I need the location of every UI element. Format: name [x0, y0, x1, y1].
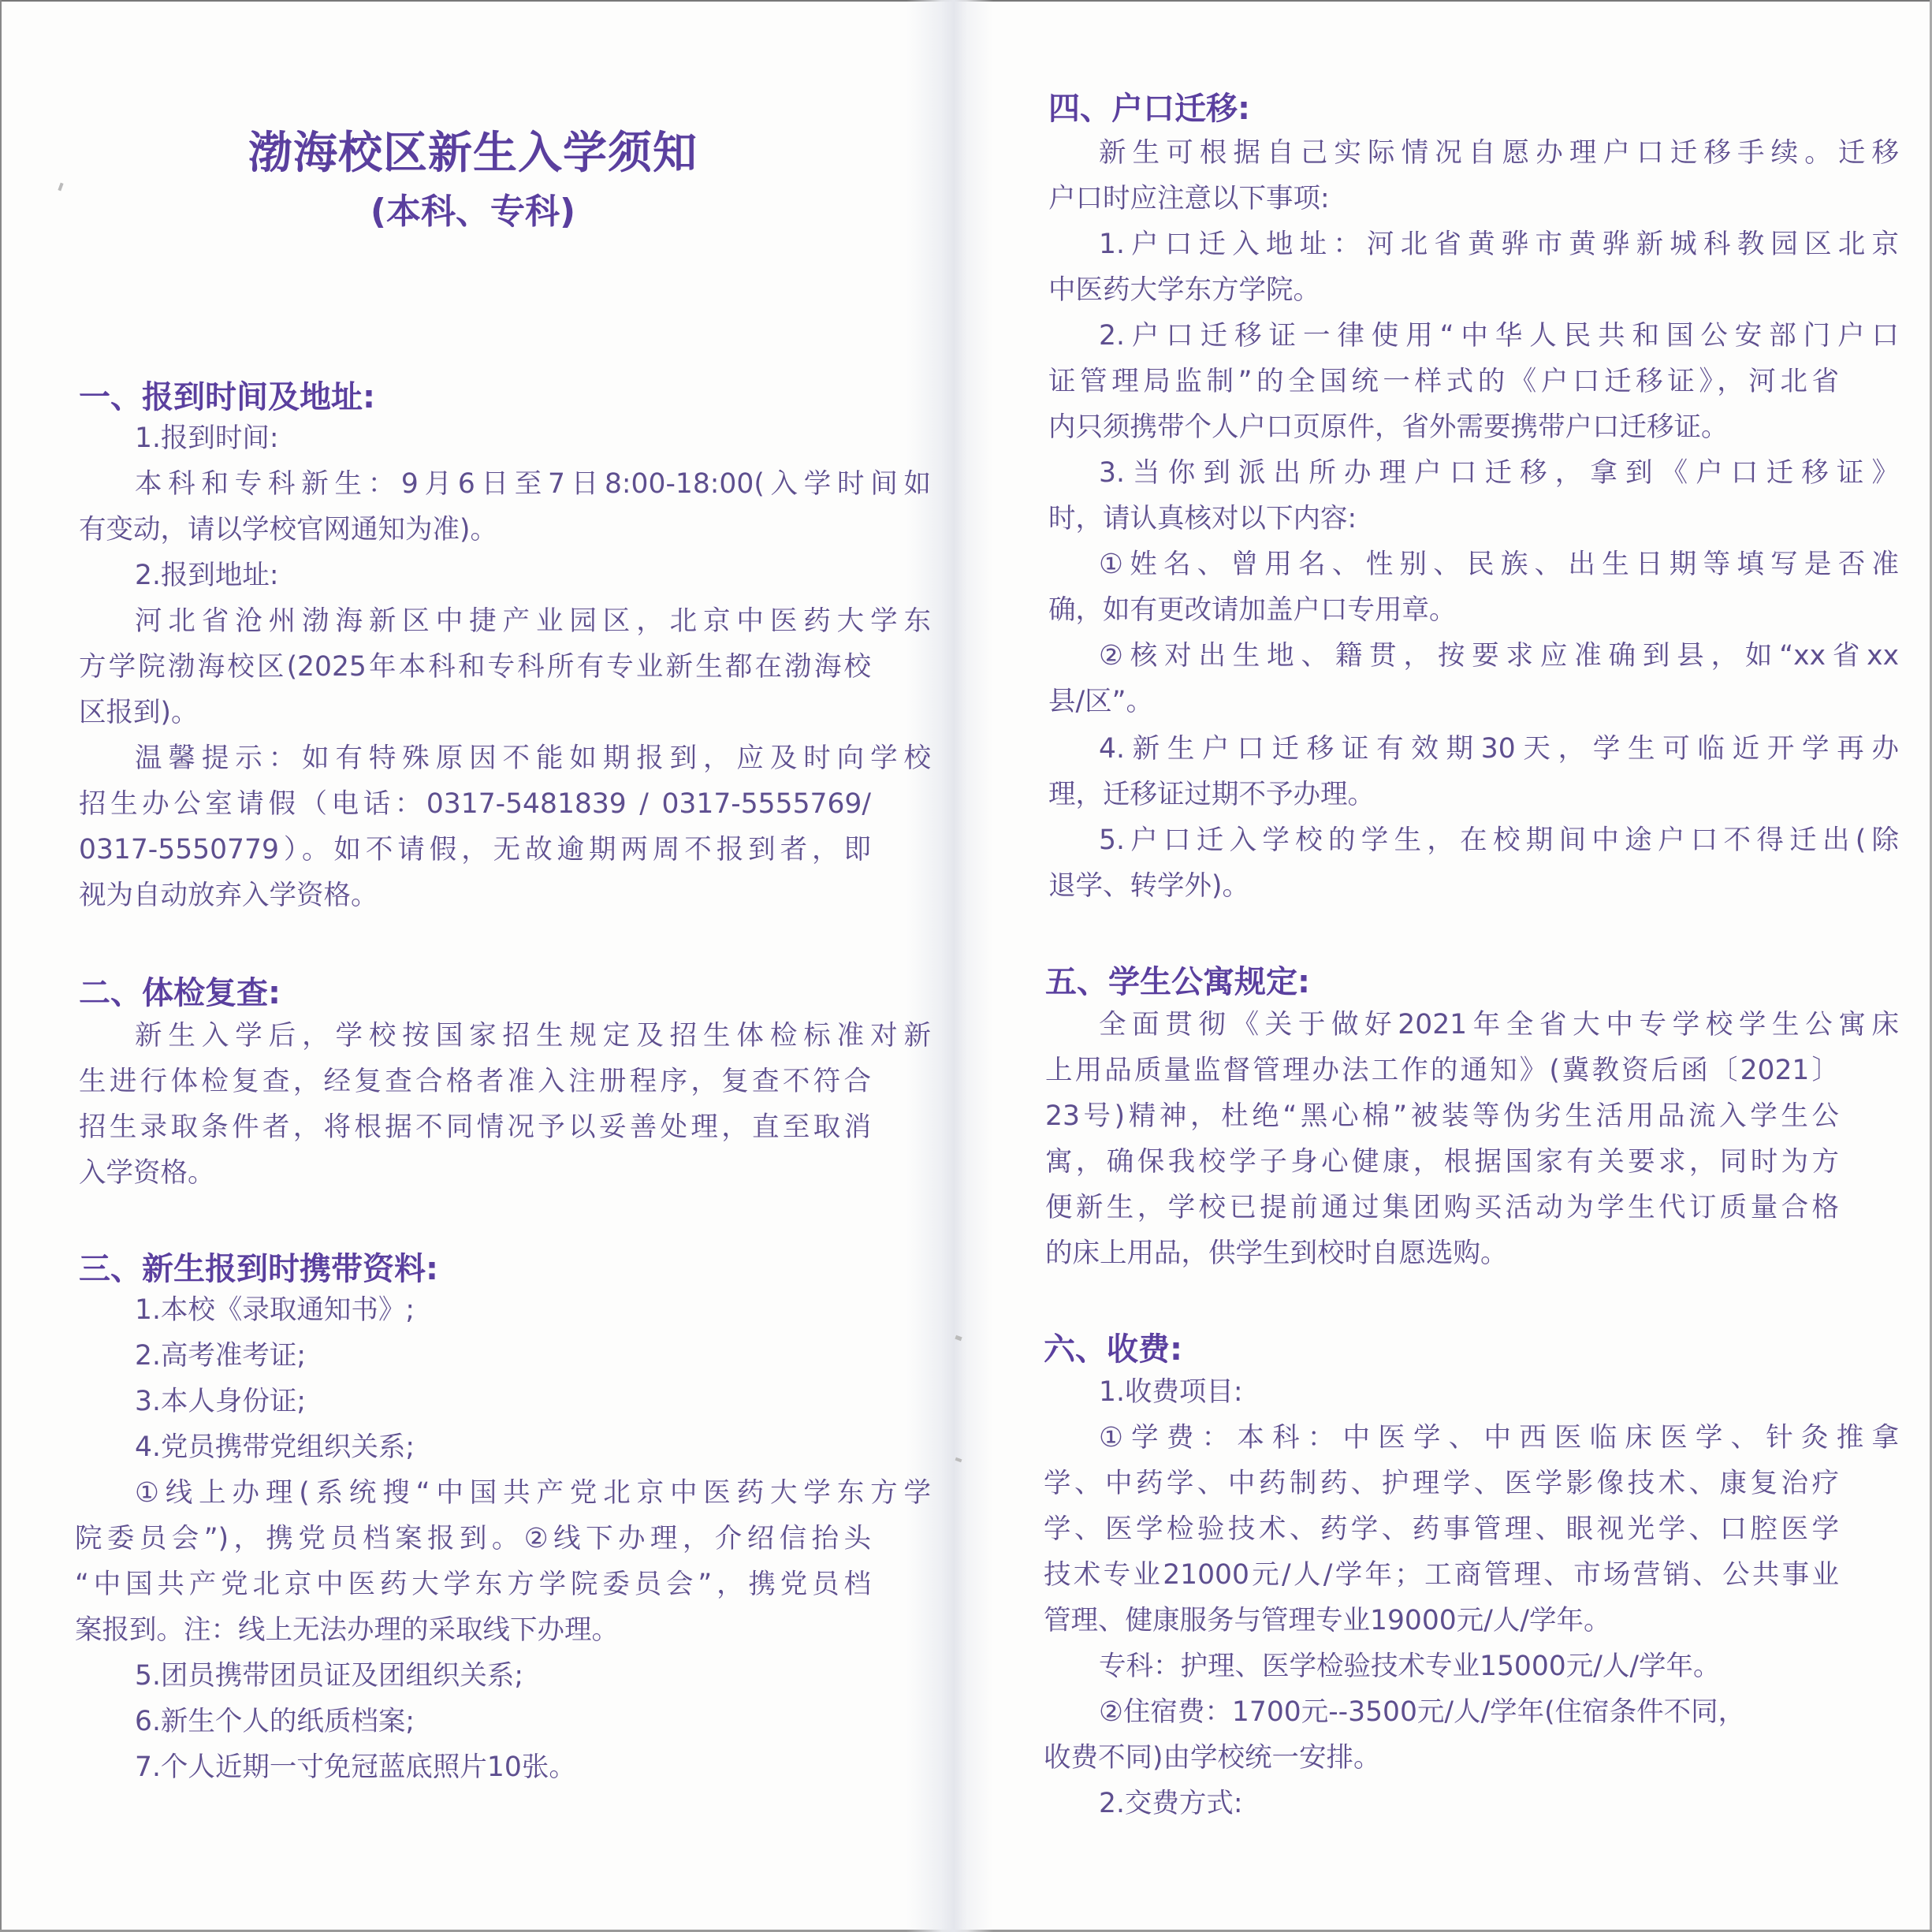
section-line: 视为自动放弃入学资格。: [79, 878, 378, 913]
page-fold-gutter: [906, 0, 993, 1932]
section-heading-household-transfer: 四、户口迁移:: [1048, 84, 1250, 128]
section-line: 新生可根据自己实际情况自愿办理户口迁移手续。迁移: [1039, 136, 1899, 170]
section-line: 新生入学后，学校按国家招生规定及招生体检标准对新: [75, 1018, 931, 1053]
section-line: ①学费：本科：中医学、中西医临床医学、针灸推拿: [1039, 1420, 1899, 1455]
document-title: 渤海校区新生入学须知: [75, 118, 871, 181]
section-line: 5.户口迁入学校的学生，在校期间中途户口不得迁出(除: [1039, 823, 1899, 858]
section-line: 管理、健康服务与管理专业19000元/人/学年。: [1044, 1603, 1611, 1638]
section-line: 退学、转学外)。: [1048, 869, 1249, 903]
section-line: 23号)精神，杜绝“黑心棉”被装等伪劣生活用品流入学生公: [1045, 1099, 1839, 1134]
section-line: 有变动，请以学校官网通知为准)。: [79, 512, 497, 547]
section-line: 河北省沧州渤海新区中捷产业园区，北京中医药大学东: [75, 604, 931, 638]
section-line: ②住宿费：1700元--3500元/人/学年(住宿条件不同，: [1039, 1695, 1745, 1729]
section-line: 1.户口迁入地址：河北省黄骅市黄骅新城科教园区北京: [1039, 227, 1899, 262]
section-heading-dormitory: 五、学生公寓规定:: [1045, 957, 1310, 1002]
section-line: 4.新生户口迁移证有效期30天，学生可临近开学再办: [1039, 731, 1899, 766]
section-line: 1.报到时间:: [75, 421, 279, 456]
section-line: 5.团员携带团员证及团组织关系;: [75, 1658, 523, 1693]
section-line: 入学资格。: [79, 1156, 215, 1190]
left-page: 渤海校区新生入学须知 (本科、专科) 一、报到时间及地址: 1.报到时间: 本科…: [75, 0, 871, 1932]
section-line: 确，如有更改请加盖户口专用章。: [1048, 593, 1457, 627]
section-heading-health-check: 二、体检复查:: [79, 968, 281, 1013]
section-line: 证管理局监制”的全国统一样式的《户口迁移证》，河北省: [1048, 364, 1839, 399]
section-line: 的床上用品，供学生到校时自愿选购。: [1045, 1236, 1508, 1271]
section-line: 招生办公室请假（电话：0317-5481839 / 0317-5555769/: [79, 787, 871, 821]
section-line: 2.交费方式:: [1039, 1786, 1243, 1821]
section-line: ①线上办理(系统搜“中国共产党北京中医药大学东方学: [75, 1476, 931, 1510]
section-line: 理，迁移证过期不予办理。: [1048, 777, 1375, 812]
section-line: 收费不同)由学校统一安排。: [1044, 1740, 1380, 1775]
section-line: 2.报到地址:: [75, 558, 279, 593]
section-line: 生进行体检复查，经复查合格者准入注册程序，复查不符合: [79, 1064, 871, 1099]
right-page: 四、户口迁移: 新生可根据自己实际情况自愿办理户口迁移手续。迁移 户口时应注意以…: [1039, 0, 1843, 1932]
section-line: 县/区”。: [1048, 684, 1153, 719]
section-line: 专科：护理、医学检验技术专业15000元/人/学年。: [1039, 1649, 1721, 1684]
section-line: 中医药大学东方学院。: [1048, 273, 1320, 307]
section-line: 便新生，学校已提前通过集团购买活动为学生代订质量合格: [1045, 1190, 1839, 1225]
section-line: 户口时应注意以下事项:: [1048, 181, 1330, 216]
section-heading-registration: 一、报到时间及地址:: [79, 372, 375, 417]
scan-border-left: [0, 0, 2, 1932]
section-line: 6.新生个人的纸质档案;: [75, 1704, 415, 1739]
section-line: 7.个人近期一寸免冠蓝底照片10张。: [75, 1750, 576, 1785]
section-line: 方学院渤海校区(2025年本科和专科所有专业新生都在渤海校: [79, 650, 871, 684]
section-heading-materials: 三、新生报到时携带资料:: [79, 1244, 438, 1289]
section-line: 内只须携带个人户口页原件，省外需要携带户口迁移证。: [1048, 410, 1729, 445]
section-line: 1.本校《录取通知书》;: [75, 1293, 415, 1327]
section-line: 本科和专科新生：9月6日至7日8:00-18:00(入学时间如: [75, 467, 931, 501]
section-line: ①姓名、曾用名、性别、民族、出生日期等填写是否准: [1039, 547, 1899, 582]
section-heading-fees: 六、收费:: [1044, 1324, 1182, 1369]
section-line: 全面贯彻《关于做好2021年全省大中专学校学生公寓床: [1039, 1007, 1899, 1042]
section-line: 4.党员携带党组织关系;: [75, 1430, 415, 1465]
section-line: ②核对出生地、籍贯，按要求应准确到县，如“xx省xx: [1039, 638, 1899, 673]
section-line: 2.高考准考证;: [75, 1338, 306, 1373]
section-line: 0317-5550779）。如不请假，无故逾期两周不报到者，即: [79, 832, 871, 867]
section-line: 区报到)。: [79, 695, 198, 730]
section-line: 时，请认真核对以下内容:: [1048, 501, 1357, 536]
scan-speck: [58, 183, 63, 192]
section-line: 学、中药学、中药制药、护理学、医学影像技术、康复治疗: [1044, 1466, 1839, 1501]
section-line: 学、医学检验技术、药学、药事管理、眼视光学、口腔医学: [1044, 1512, 1839, 1547]
section-line: 案报到。注：线上无法办理的采取线下办理。: [75, 1613, 619, 1647]
section-line: 3.当你到派出所办理户口迁移，拿到《户口迁移证》: [1039, 456, 1899, 490]
document-subtitle: (本科、专科): [75, 183, 871, 233]
section-line: 温馨提示：如有特殊原因不能如期报到，应及时向学校: [75, 741, 931, 776]
section-line: 技术专业21000元/人/学年；工商管理、市场营销、公共事业: [1044, 1558, 1839, 1592]
section-line: “中国共产党北京中医药大学东方学院委员会”，携党员档: [75, 1567, 871, 1602]
section-line: 寓，确保我校学子身心健康，根据国家有关要求，同时为方: [1045, 1145, 1839, 1179]
section-line: 招生录取条件者，将根据不同情况予以妥善处理，直至取消: [79, 1110, 871, 1145]
section-line: 院委员会”)，携党员档案报到。②线下办理，介绍信抬头: [75, 1521, 871, 1556]
section-line: 1.收费项目:: [1039, 1375, 1243, 1409]
section-line: 2.户口迁移证一律使用“中华人民共和国公安部门户口: [1039, 318, 1899, 353]
section-line: 3.本人身份证;: [75, 1384, 306, 1419]
section-line: 上用品质量监督管理办法工作的通知》(冀教资后函〔2021〕: [1045, 1053, 1839, 1088]
